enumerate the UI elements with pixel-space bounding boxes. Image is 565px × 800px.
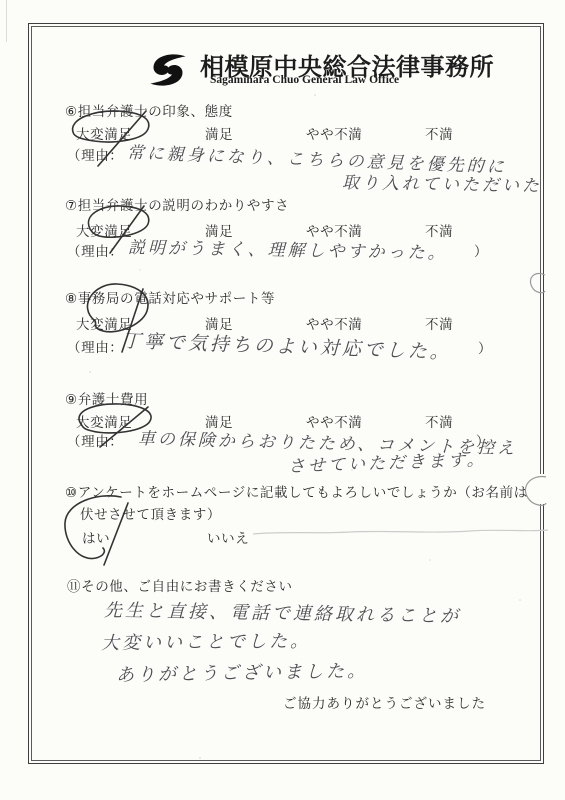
q7-option-very-satisfied: 大変満足 — [76, 220, 132, 240]
question-6-title: ⑥担当弁護士の印象、態度 — [65, 100, 233, 120]
q6-option-very-satisfied: 大変満足 — [76, 123, 132, 143]
q6-option-dissatisfied: 不満 — [425, 123, 453, 143]
q9-reason-close: ） — [476, 430, 490, 450]
q11-handwritten-line3: ありがとうございました。 — [116, 657, 368, 687]
q7-option-dissatisfied: 不満 — [425, 220, 453, 240]
question-9-title: ⑨弁護士費用 — [65, 388, 148, 408]
question-10-title-line2: 伏せさせて頂きます） — [80, 503, 221, 523]
q9-reason-label: （理由： — [67, 430, 123, 450]
q7-reason-close: ） — [474, 240, 488, 260]
closing-thanks-text: ご協力ありがとうございました — [283, 692, 486, 712]
q11-handwritten-line2: 大変いいことでした。 — [101, 627, 311, 655]
question-8-title: ⑧事務局の電話対応やサポート等 — [65, 287, 275, 307]
question-7-title: ⑦担当弁護士の説明のわかりやすさ — [65, 194, 289, 214]
q8-option-slightly-dissatisfied: やや不満 — [306, 313, 362, 333]
q6-option-slightly-dissatisfied: やや不満 — [306, 123, 362, 143]
q10-option-no: いいえ — [207, 527, 249, 547]
q8-reason-close: ） — [478, 337, 492, 357]
q9-option-very-satisfied: 大変満足 — [76, 411, 132, 431]
q7-reason-label: （理由： — [67, 240, 123, 260]
q8-option-dissatisfied: 不満 — [425, 313, 453, 333]
q9-option-dissatisfied: 不満 — [425, 411, 453, 431]
q6-handwritten-reason-line2: 取り入れていただいた — [342, 168, 542, 196]
scan-edge-artifact — [6, 0, 7, 42]
q10-option-yes: はい — [82, 527, 110, 547]
q6-reason-label: （理由： — [67, 144, 123, 164]
question-10-title-line1: ⑩アンケートをホームページに記載してもよろしいでしょうか（お名前は — [65, 481, 528, 501]
office-subtitle: Sagamihara Chuo General Law Office — [210, 74, 399, 86]
q6-option-satisfied: 満足 — [205, 123, 233, 143]
scanned-survey-page: 相模原中央総合法律事務所 Sagamihara Chuo General Law… — [0, 0, 565, 800]
question-11-title: ⑪その他、ご自由にお書きください — [67, 575, 293, 595]
q8-reason-label: （理由： — [67, 336, 123, 356]
law-office-logo-icon — [148, 50, 188, 90]
